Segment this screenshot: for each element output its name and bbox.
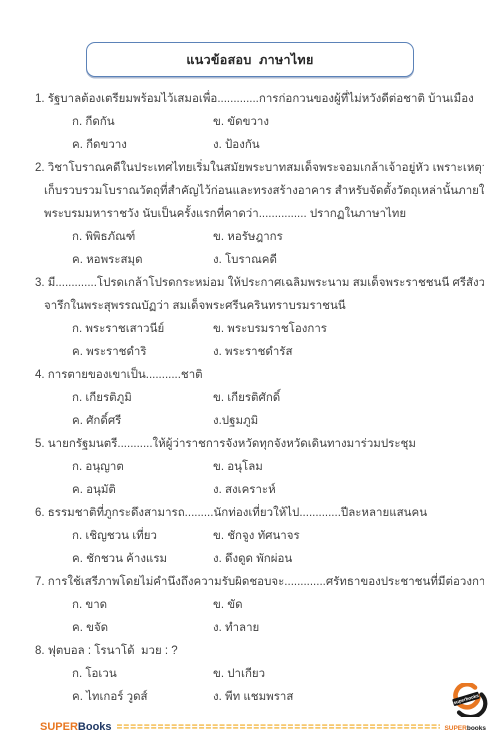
option-row: ค. กีดขวางง. ป้องกัน bbox=[35, 134, 484, 157]
footer-brand-right: SUPERbooks bbox=[444, 725, 486, 732]
option: ค. อนุมัติ bbox=[72, 479, 213, 502]
question-text: เก็บรวบรวมโบราณวัตถุที่สำคัญไว้ก่อนและทร… bbox=[35, 180, 484, 203]
option: ข. หอรัษฎากร bbox=[213, 226, 484, 249]
brand-right-super: SUPER bbox=[444, 725, 466, 732]
option-row: ก. พิพิธภัณฑ์ข. หอรัษฎากร bbox=[35, 226, 484, 249]
option: ค. กีดขวาง bbox=[72, 134, 213, 157]
option: ก. เชิญชวน เที่ยว bbox=[72, 525, 213, 548]
option-row: ก. อนุญาตข. อนุโลม bbox=[35, 456, 484, 479]
option-row: ค. ไทเกอร์ วูดส์ง. พีท แชมพราส bbox=[35, 686, 484, 709]
question-text: 5. นายกรัฐมนตรี...........ให้ผู้ว่าราชกา… bbox=[35, 433, 484, 456]
brand-right-books: books bbox=[467, 725, 486, 732]
option: ง. ป้องกัน bbox=[213, 134, 484, 157]
option: ง. พระราชดำรัส bbox=[213, 341, 484, 364]
question-text: 8. ฟุตบอล : โรนาโด้ มวย : ? bbox=[35, 640, 484, 663]
option: ง. ทำลาย bbox=[213, 617, 484, 640]
option: ก. พิพิธภัณฑ์ bbox=[72, 226, 213, 249]
option: ข. อนุโลม bbox=[213, 456, 484, 479]
question-7: 7. การใช้เสรีภาพโดยไม่คำนึงถึงความรับผิด… bbox=[35, 571, 484, 640]
option-row: ค. พระราชดำริง. พระราชดำรัส bbox=[35, 341, 484, 364]
option: ข. ขัดขวาง bbox=[213, 111, 484, 134]
question-text: 1. รัฐบาลต้องเตรียมพร้อมไว้เสมอเพื่อ....… bbox=[35, 88, 484, 111]
option: ง. โบราณคดี bbox=[213, 249, 484, 272]
exam-page: { "title": "แนวข้อสอบ\u00a0 ภาษาไทย", "q… bbox=[0, 0, 498, 755]
question-1: 1. รัฐบาลต้องเตรียมพร้อมไว้เสมอเพื่อ....… bbox=[35, 88, 484, 157]
option-row: ก. ขาดข. ขัด bbox=[35, 594, 484, 617]
option-row: ก. พระราชเสาวนีย์ข. พระบรมราชโองการ bbox=[35, 318, 484, 341]
option-row: ก. เชิญชวน เที่ยวข. ชักจูง ทัศนาจร bbox=[35, 525, 484, 548]
option-row: ค. ศักดิ์ศรีง.ปฐมภูมิ bbox=[35, 410, 484, 433]
question-6: 6. ธรรมชาติที่ภูกระดึงสามารถ.........นัก… bbox=[35, 502, 484, 571]
option: ข. ชักจูง ทัศนาจร bbox=[213, 525, 484, 548]
question-text: 6. ธรรมชาติที่ภูกระดึงสามารถ.........นัก… bbox=[35, 502, 484, 525]
option: ค. ไทเกอร์ วูดส์ bbox=[72, 686, 213, 709]
option: ก. เกียรติภูมิ bbox=[72, 387, 213, 410]
question-8: 8. ฟุตบอล : โรนาโด้ มวย : ?ก. โอเวนข. ปา… bbox=[35, 640, 484, 709]
option: ข. พระบรมราชโองการ bbox=[213, 318, 484, 341]
option: ข. ขัด bbox=[213, 594, 484, 617]
option-row: ค. อนุมัติง. สงเคราะห์ bbox=[35, 479, 484, 502]
question-text: 2. วิชาโบราณคดีในประเทศไทยเริ่มในสมัยพระ… bbox=[35, 157, 484, 180]
question-text: 3. มี.............โปรดเกล้าโปรดกระหม่อม … bbox=[35, 272, 484, 295]
option: ก. กีดกัน bbox=[72, 111, 213, 134]
option: ค. ศักดิ์ศรี bbox=[72, 410, 213, 433]
option: ง. พีท แชมพราส bbox=[213, 686, 484, 709]
question-list: 1. รัฐบาลต้องเตรียมพร้อมไว้เสมอเพื่อ....… bbox=[35, 88, 484, 709]
option: ข. ปาเกียว bbox=[213, 663, 484, 686]
option: ก. พระราชเสาวนีย์ bbox=[72, 318, 213, 341]
option: ง.ปฐมภูมิ bbox=[213, 410, 484, 433]
option-row: ก. กีดกันข. ขัดขวาง bbox=[35, 111, 484, 134]
question-text: 4. การตายของเขาเป็น...........ชาติ bbox=[35, 364, 484, 387]
option-row: ก. เกียรติภูมิข. เกียรติศักดิ์ bbox=[35, 387, 484, 410]
brand-left-books: Books bbox=[78, 721, 112, 733]
question-text: 7. การใช้เสรีภาพโดยไม่คำนึงถึงความรับผิด… bbox=[35, 571, 484, 594]
exam-title-box: แนวข้อสอบ ภาษาไทย bbox=[86, 42, 414, 77]
option-row: ก. โอเวนข. ปาเกียว bbox=[35, 663, 484, 686]
footer: SUPERBooks =============================… bbox=[40, 721, 486, 733]
option: ก. โอเวน bbox=[72, 663, 213, 686]
question-4: 4. การตายของเขาเป็น...........ชาติก. เกี… bbox=[35, 364, 484, 433]
question-text: พระบรมมหาราชวัง นับเป็นครั้งแรกที่คาดว่า… bbox=[35, 203, 484, 226]
brand-left-super: SUPER bbox=[40, 721, 78, 733]
option: ง. สงเคราะห์ bbox=[213, 479, 484, 502]
option: ค. ชักชวน ค้างแรม bbox=[72, 548, 213, 571]
superbooks-logo-icon: superbooks bbox=[448, 683, 488, 717]
footer-brand-left: SUPERBooks bbox=[40, 721, 112, 733]
question-5: 5. นายกรัฐมนตรี...........ให้ผู้ว่าราชกา… bbox=[35, 433, 484, 502]
option: ง. ดึงดูด พักผ่อน bbox=[213, 548, 484, 571]
question-2: 2. วิชาโบราณคดีในประเทศไทยเริ่มในสมัยพระ… bbox=[35, 157, 484, 272]
option-row: ค. หอพระสมุดง. โบราณคดี bbox=[35, 249, 484, 272]
option: ค. ขจัด bbox=[72, 617, 213, 640]
question-text: จารึกในพระสุพรรณบัฏว่า สมเด็จพระศรีนคริน… bbox=[35, 295, 484, 318]
option: ค. หอพระสมุด bbox=[72, 249, 213, 272]
option: ค. พระราชดำริ bbox=[72, 341, 213, 364]
option: ก. อนุญาต bbox=[72, 456, 213, 479]
page-title: แนวข้อสอบ ภาษาไทย bbox=[186, 50, 313, 70]
option-row: ค. ชักชวน ค้างแรมง. ดึงดูด พักผ่อน bbox=[35, 548, 484, 571]
option-row: ค. ขจัดง. ทำลาย bbox=[35, 617, 484, 640]
question-3: 3. มี.............โปรดเกล้าโปรดกระหม่อม … bbox=[35, 272, 484, 364]
footer-divider: ========================================… bbox=[117, 722, 441, 733]
option: ข. เกียรติศักดิ์ bbox=[213, 387, 484, 410]
option: ก. ขาด bbox=[72, 594, 213, 617]
